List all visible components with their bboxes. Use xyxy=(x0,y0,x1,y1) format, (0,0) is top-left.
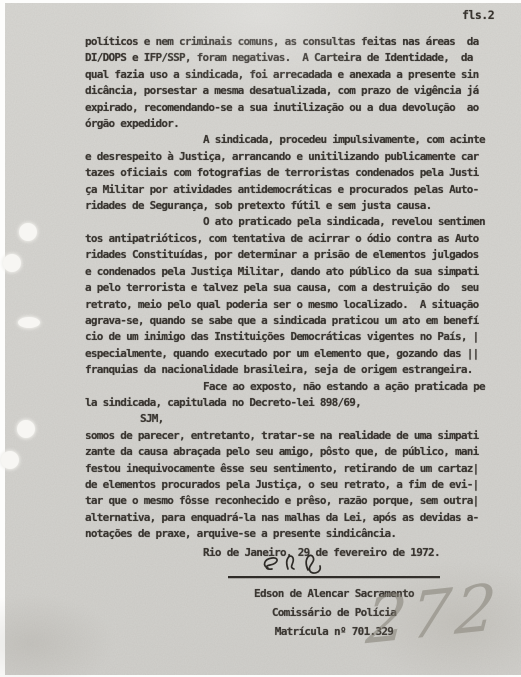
text-line: festou inequivocamente êsse seu sentimen… xyxy=(85,461,487,477)
text-line: e condenados pela Justiça Militar, dando… xyxy=(85,264,487,280)
signature-handwriting xyxy=(258,552,354,578)
text-line: ridades de Segurança, sob pretexto fútil… xyxy=(85,198,487,214)
text-line: franquias da nacionalidade brasileira, s… xyxy=(85,362,487,378)
text-line: políticos e nem criminais comuns, as con… xyxy=(85,34,487,50)
text-line: ça Militar por atividades antidemocrátic… xyxy=(85,182,487,198)
text-line: notações de praxe, arquive-se a presente… xyxy=(85,526,487,542)
folio-number: fls.2 xyxy=(462,8,494,22)
signatory-title: Comissário de Polícia xyxy=(228,603,440,622)
text-line: ridades Constituídas, por determinar a p… xyxy=(85,247,487,263)
document-page: fls.2 políticos e nem criminais comuns, … xyxy=(0,0,521,677)
text-line: SJM, xyxy=(85,411,487,427)
text-line: órgão expedidor. xyxy=(85,116,487,132)
signatory-name: Edson de Alencar Sacramento xyxy=(228,584,440,603)
text-line: alternativa, para enquadrá-la nas malhas… xyxy=(85,510,487,526)
text-line: de elementos procurados pela Justiça, o … xyxy=(85,477,487,493)
text-line: expirado, recomendando-se a sua inutiliz… xyxy=(85,100,487,116)
text-line: O ato praticado pela sindicada, revelou … xyxy=(85,214,487,230)
signature-block: Edson de Alencar Sacramento Comissário d… xyxy=(228,552,440,641)
text-line: tazes oficiais com fotografias de terror… xyxy=(85,165,487,181)
text-line: agrava-se, quando se sabe que a sindicad… xyxy=(85,313,487,329)
document-body: políticos e nem criminais comuns, as con… xyxy=(85,34,487,543)
text-line: tos antipatrióticos, com tentativa de ac… xyxy=(85,231,487,247)
text-line: Face ao exposto, não estando a ação prat… xyxy=(85,379,487,395)
punch-hole xyxy=(17,420,35,438)
text-line: DI/DOPS e IFP/SSP, foram negativas. A Ca… xyxy=(85,50,487,66)
punch-hole xyxy=(18,317,40,328)
text-line: somos de parecer, entretanto, tratar-se … xyxy=(85,428,487,444)
punch-hole xyxy=(1,451,19,469)
text-line: A sindicada, procedeu impulsivamente, co… xyxy=(85,132,487,148)
text-line: especialmente, quando executado por um e… xyxy=(85,346,487,362)
text-line: tar que o mesmo fôsse reconhecido e prês… xyxy=(85,493,487,509)
text-line: cio de um inimigo das Instituições Democ… xyxy=(85,329,487,345)
scan-edge-top xyxy=(0,0,521,3)
punch-hole xyxy=(19,223,37,241)
text-line: retrato, meio pelo qual poderia ser o me… xyxy=(85,297,487,313)
text-line: qual fazia uso a sindicada, foi arrecada… xyxy=(85,67,487,83)
text-line: la sindicada, capitulada no Decreto-lei … xyxy=(85,395,487,411)
signature-rule xyxy=(228,576,440,578)
signatory-registration: Matrícula nº 701.329 xyxy=(228,622,440,641)
text-line: a pelo terrorista e talvez pela sua caus… xyxy=(85,280,487,296)
text-line: zante da causa abraçada pelo seu amigo, … xyxy=(85,444,487,460)
text-line: e desrespeito à Justiça, arrancando e un… xyxy=(85,149,487,165)
text-line: dicância, porsestar a mesma desatualizad… xyxy=(85,83,487,99)
punch-hole xyxy=(3,254,21,272)
scan-edge-left xyxy=(0,0,5,677)
